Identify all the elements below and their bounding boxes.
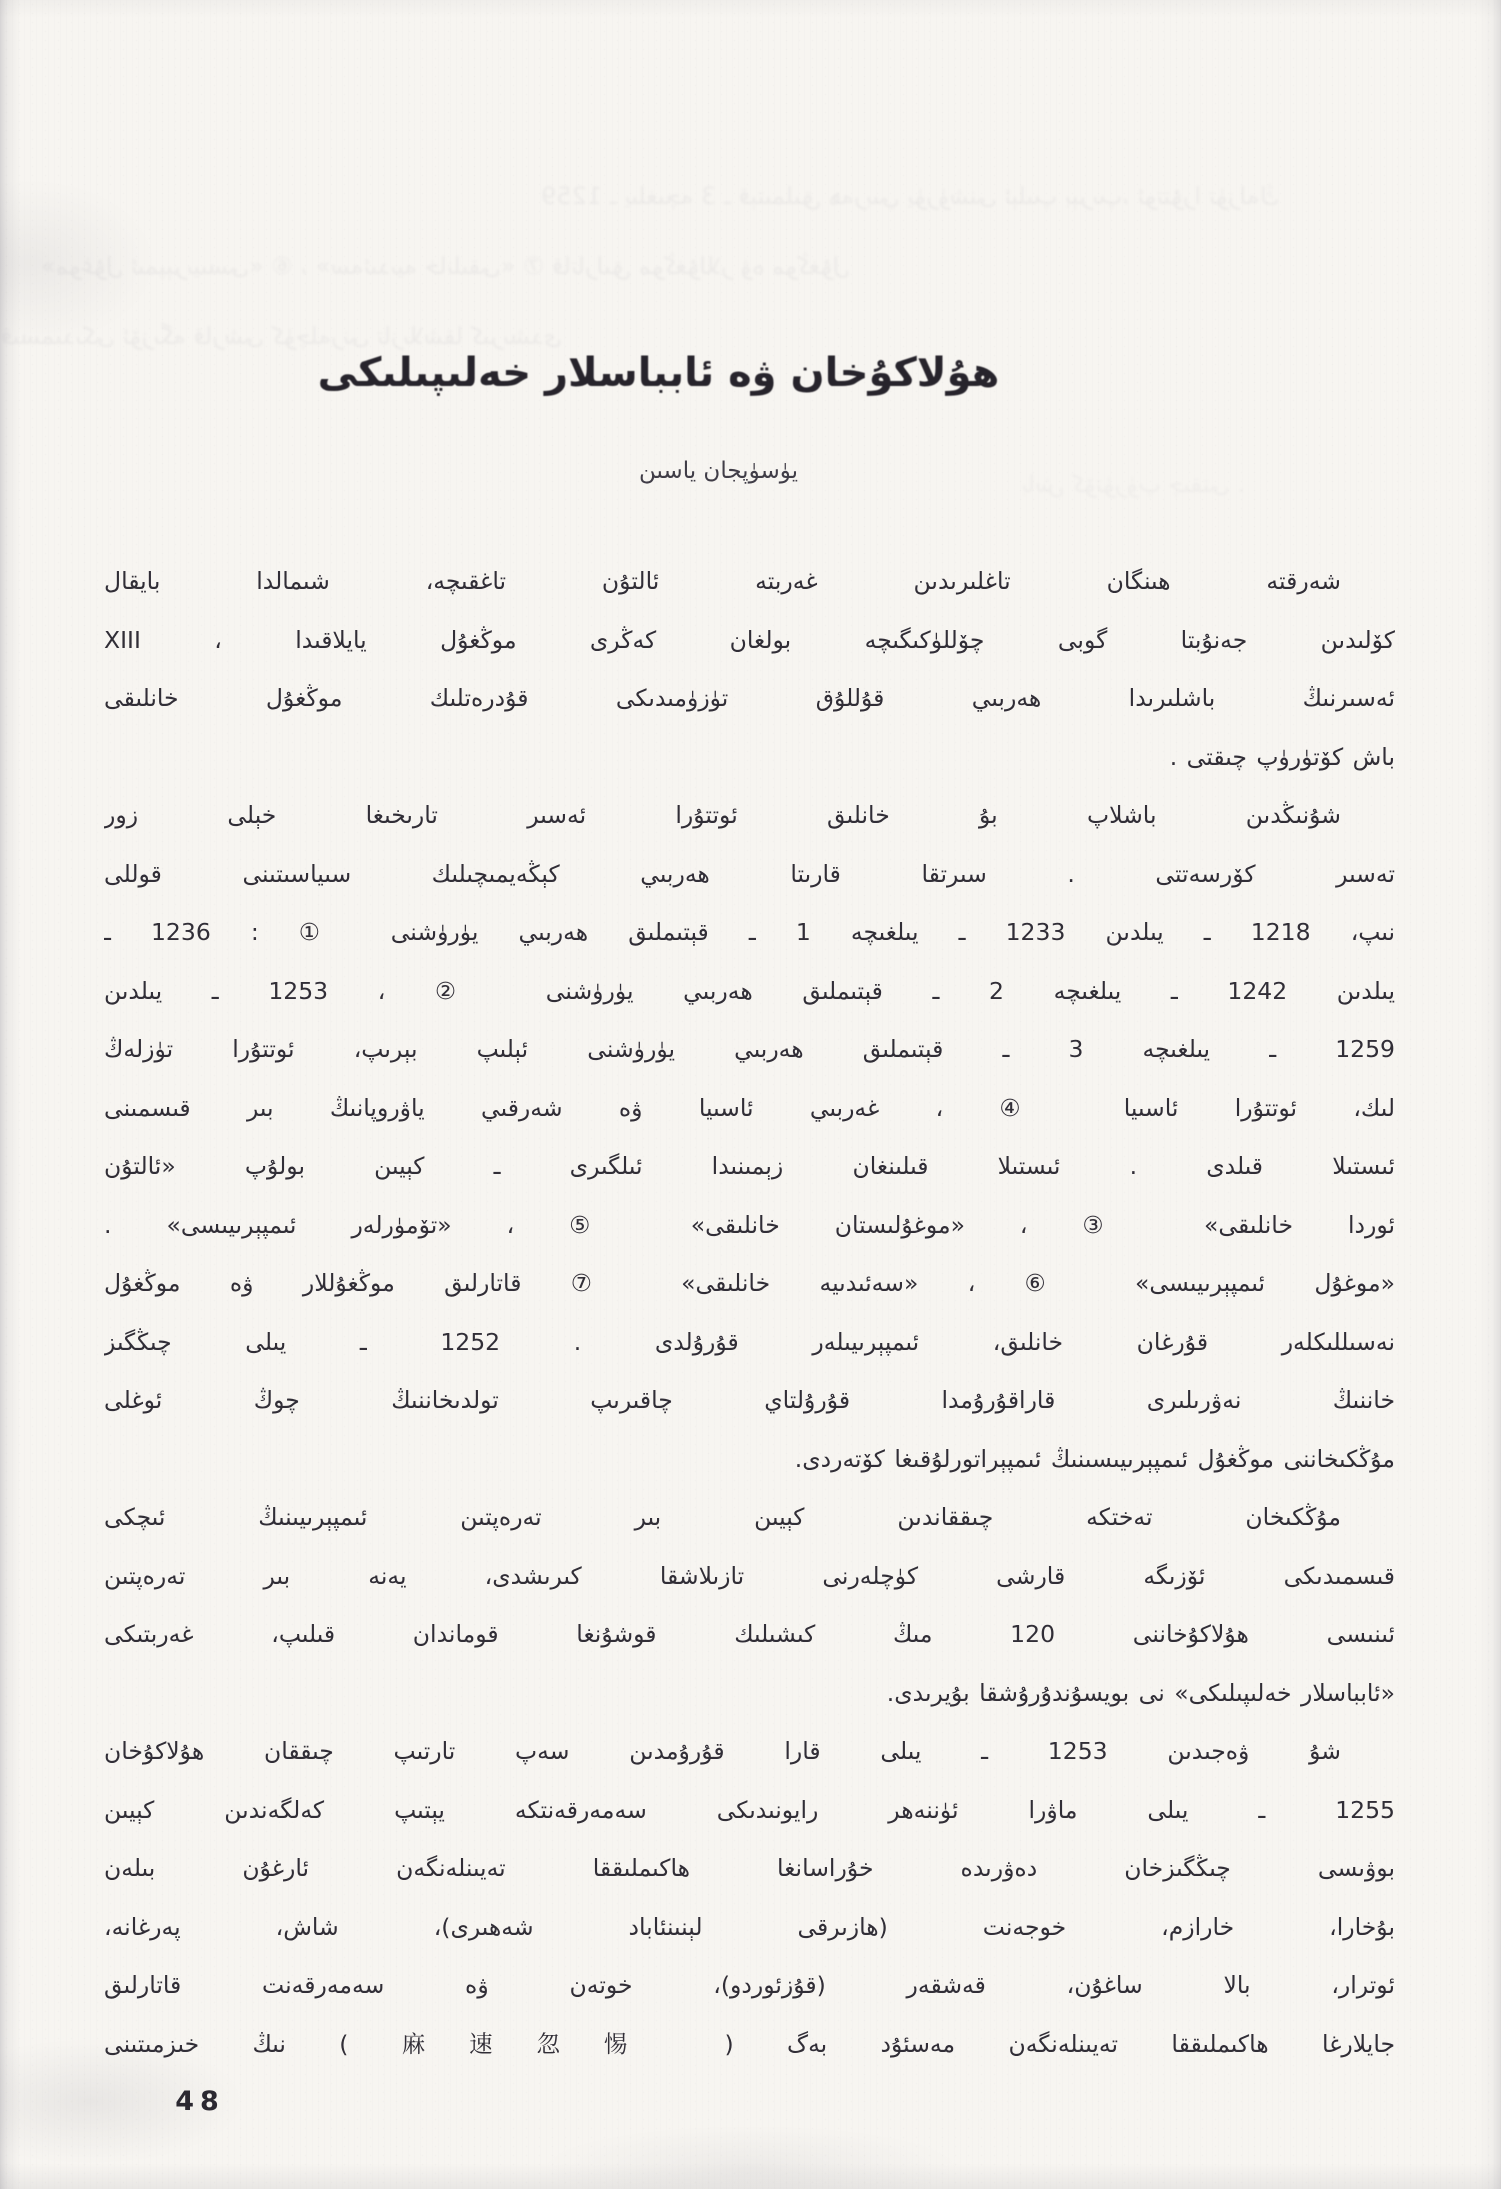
bleed-through-ghost-line: 1259 ـ يىلغىچە 3 ـ قېتىملىق ھەربىي يۈرۈش… [541,182,1471,210]
text-line: باش كۆتۈرۈپ چىقتى . [104,728,1395,787]
text-line: بوۋىسى چىڭگىزخان دەۋرىدە خۇراسانغا ھاكىم… [104,1839,1395,1898]
text-line: نىپ، 1218 ـ يىلدىن 1233 ـ يىلغىچە 1 ـ قې… [104,903,1395,962]
text-line: ئەسىرنىڭ باشلىرىدا ھەربىي قۇللۇق تۈزۈمىد… [104,669,1395,728]
text-line: شەرقتە ھىنگان تاغلىرىدىن غەربتە ئالتۇن ت… [104,552,1395,611]
bleed-through-ghost-line: قىسمىدىكى ئۆزىگە قارشى كۈچلەرنى تازىلاشق… [1,322,561,350]
text-line: نەسىللىكلەر قۇرغان خانلىق، ئىمپېرىيىلەر … [104,1313,1395,1372]
article-body: شەرقتە ھىنگان تاغلىرىدىن غەربتە ئالتۇن ت… [104,552,1395,2073]
text-line: تەسىر كۆرسەتتى . سىرتقا قارىتا ھەربىي كې… [104,845,1395,904]
text-line: لىك، ئوتتۇرا ئاسىيا ④ ، غەربىي ئاسىيا ۋە… [104,1079,1395,1138]
article-title: ھۇلاكۇخان ۋە ئابباسلار خەلىپىلىكى [0,350,1409,396]
bleed-through-ghost-line: «موغۇل ئىمپېرىيىسى» ⑥ ، «سەئىدىيە خانلىق… [41,252,1461,280]
text-line: بۇخارا، خارازم، خوجەنت (ھازىرقى لېنىنئاب… [104,1898,1395,1957]
text-line: جايلارغا ھاكىملىققا تەيىنلەنگەن مەسئۇد ب… [104,2015,1395,2074]
scanned-document-page: 1259 ـ يىلغىچە 3 ـ قېتىملىق ھەربىي يۈرۈش… [0,0,1501,2189]
text-line: ئوترار، بالا ساغۇن، قەشقەر (قۇزئوردو)، خ… [104,1956,1395,2015]
text-line: 1259 ـ يىلغىچە 3 ـ قېتىملىق ھەربىي يۈرۈش… [104,1020,1395,1079]
author-byline: يۈسۈپجان ياسىن [0,458,1469,484]
text-line: خاننىڭ نەۋرىلىرى قاراقۇرۇمدا قۇرۇلتاي چا… [104,1371,1395,1430]
text-line: شۇنىڭدىن باشلاپ بۇ خانلىق ئوتتۇرا ئەسىر … [104,786,1395,845]
text-line: مۇڭكىخان تەختكە چىققاندىن كېيىن بىر تەرە… [104,1488,1395,1547]
text-line: كۆلىدىن جەنۇبتا گوبى چۆللۈكىگىچە بولغان … [104,611,1395,670]
text-line: ئىنىسى ھۇلاكۇخاننى 120 مىڭ كىشىلىك قوشۇن… [104,1605,1395,1664]
text-line: ئىستىلا قىلدى . ئىستىلا قىلىنغان زېمىنىد… [104,1137,1395,1196]
text-line: قىسمىدىكى ئۆزىگە قارشى كۈچلەرنى تازىلاشق… [104,1547,1395,1606]
text-line: 1255 ـ يىلى ماۋرا ئۈننەھر رايونىدىكى سەم… [104,1781,1395,1840]
text-line: مۇڭكىخاننى موڭغۇل ئىمپېرىيىسىنىڭ ئىمپېرا… [104,1430,1395,1489]
text-line: «ئابباسلار خەلىپىلىكى» نى بويسۇندۇرۇشقا … [104,1664,1395,1723]
page-number: 48 [160,2086,240,2117]
text-line: يىلدىن 1242 ـ يىلغىچە 2 ـ قېتىملىق ھەربى… [104,962,1395,1021]
text-line: شۇ ۋەجىدىن 1253 ـ يىلى قارا قۇرۇمدىن سەپ… [104,1722,1395,1781]
text-line: ئوردا خانلىقى» ③ ، «موغۇلىستان خانلىقى» … [104,1196,1395,1255]
text-line: «موغۇل ئىمپېرىيىسى» ⑥ ، «سەئىدىيە خانلىق… [104,1254,1395,1313]
